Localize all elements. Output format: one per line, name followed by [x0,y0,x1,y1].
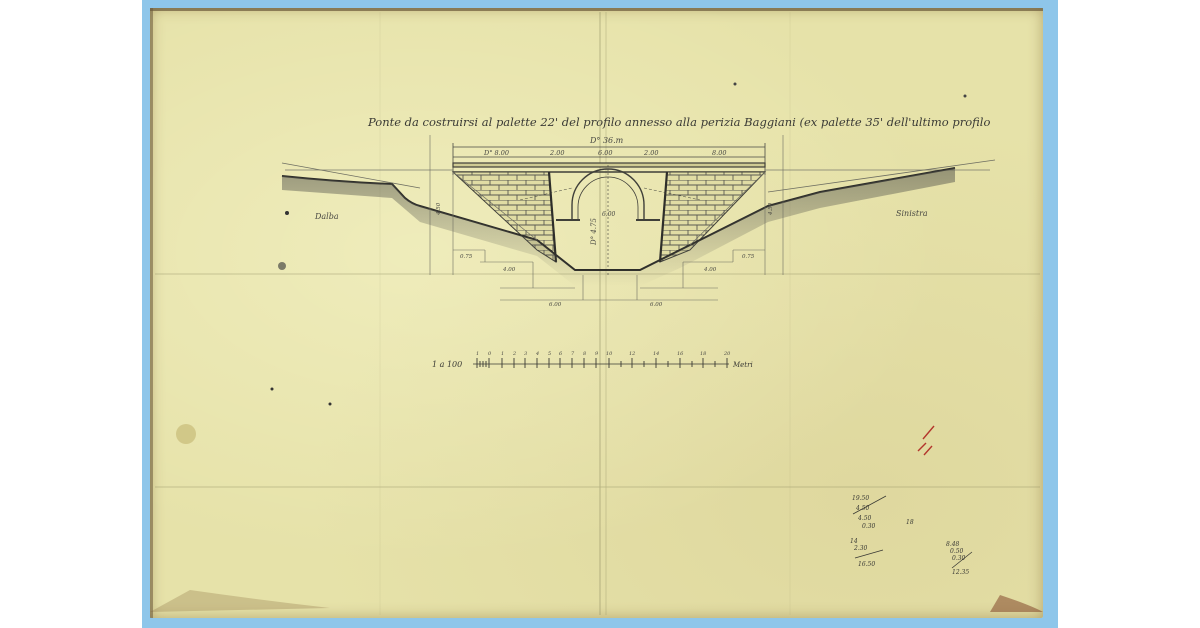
paper-stains [150,83,1043,613]
red-check-mark [918,426,934,455]
arch-width-label: 6.00 [602,211,616,218]
calc-value: 12.35 [952,569,969,576]
scale-tick-label: 12 [629,351,635,357]
left-bank-label: Dalba [314,212,339,221]
calc-value: 16.50 [858,561,875,568]
scale-tick-label: 9 [595,351,599,357]
span-segment-label: 6.00 [598,149,612,157]
calc-value: 8.48 [946,541,960,548]
scale-tick-label: 3 [524,351,527,357]
calc-value: 0.50 [950,548,964,555]
scale-tick-label: 1 [501,351,504,357]
scale-label: 1 a 100 [432,360,462,369]
scale-tick-label: 5 [548,351,551,357]
abutment-height-label: 4.50 [768,202,774,216]
span-segment-label: 2.00 [549,149,564,157]
step-label: 4.00 [502,267,516,273]
step-label: 0.75 [742,254,755,260]
calc-value: 4.50 [857,515,872,522]
abutment-height-label: 4.50 [436,202,442,216]
span-segment-label: 8.00 [712,149,726,157]
scale-tick-label: 0 [488,351,492,357]
scale-tick-label: 6 [559,351,563,357]
scale-tick-label: 4 [535,351,539,357]
calc-note-3: 8.48 0.50 0.30 12.35 [946,541,972,576]
terrain-profile [282,160,995,286]
scale-tick-label: 10 [606,351,613,357]
total-span-label: D° 36.m [589,136,624,145]
scale-tick-label: 16 [677,351,684,357]
calc-value: 14 [850,538,858,545]
step-label: 0.75 [460,254,473,260]
scale-tick-label: 20 [723,351,731,357]
scale-tick-label: 1 [476,351,479,357]
calc-note-1: 19.50 4.50 4.50 0.30 [852,495,886,530]
scale-bar [473,358,729,368]
scale-tick-label: 7 [571,351,575,357]
bridge-deck [285,163,990,172]
scale-tick-label: 18 [700,351,706,357]
drawing-title: Ponte da costruirsi al palette 22' del p… [367,115,990,129]
arch-height-label: D° 4.75 [590,218,598,246]
calc-value: 0.30 [862,523,876,530]
scale-tick-label: 14 [653,351,659,357]
calc-value: 19.50 [852,495,869,502]
span-segment-label: D° 8.00 [483,149,509,157]
step-label: 4.00 [703,267,717,273]
right-bank-label: Sinistra [896,209,928,218]
bottom-width-label: 6.00 [650,302,663,308]
calc-value: 2.30 [853,545,868,552]
scan-stage: Ponte da costruirsi al palette 22' del p… [0,0,1200,628]
span-segment-label: 2.00 [643,149,658,157]
calc-note-2: 14 2.30 16.50 [850,538,883,568]
scale-tick-label: 8 [583,351,586,357]
technical-drawing: Ponte da costruirsi al palette 22' del p… [0,0,1200,628]
scale-tick-label: 2 [512,351,516,357]
bottom-width-label: 6.00 [549,302,562,308]
calc-value: 18 [906,519,914,526]
span-dimensions [453,143,765,175]
scale-unit-label: Metri [732,361,753,369]
